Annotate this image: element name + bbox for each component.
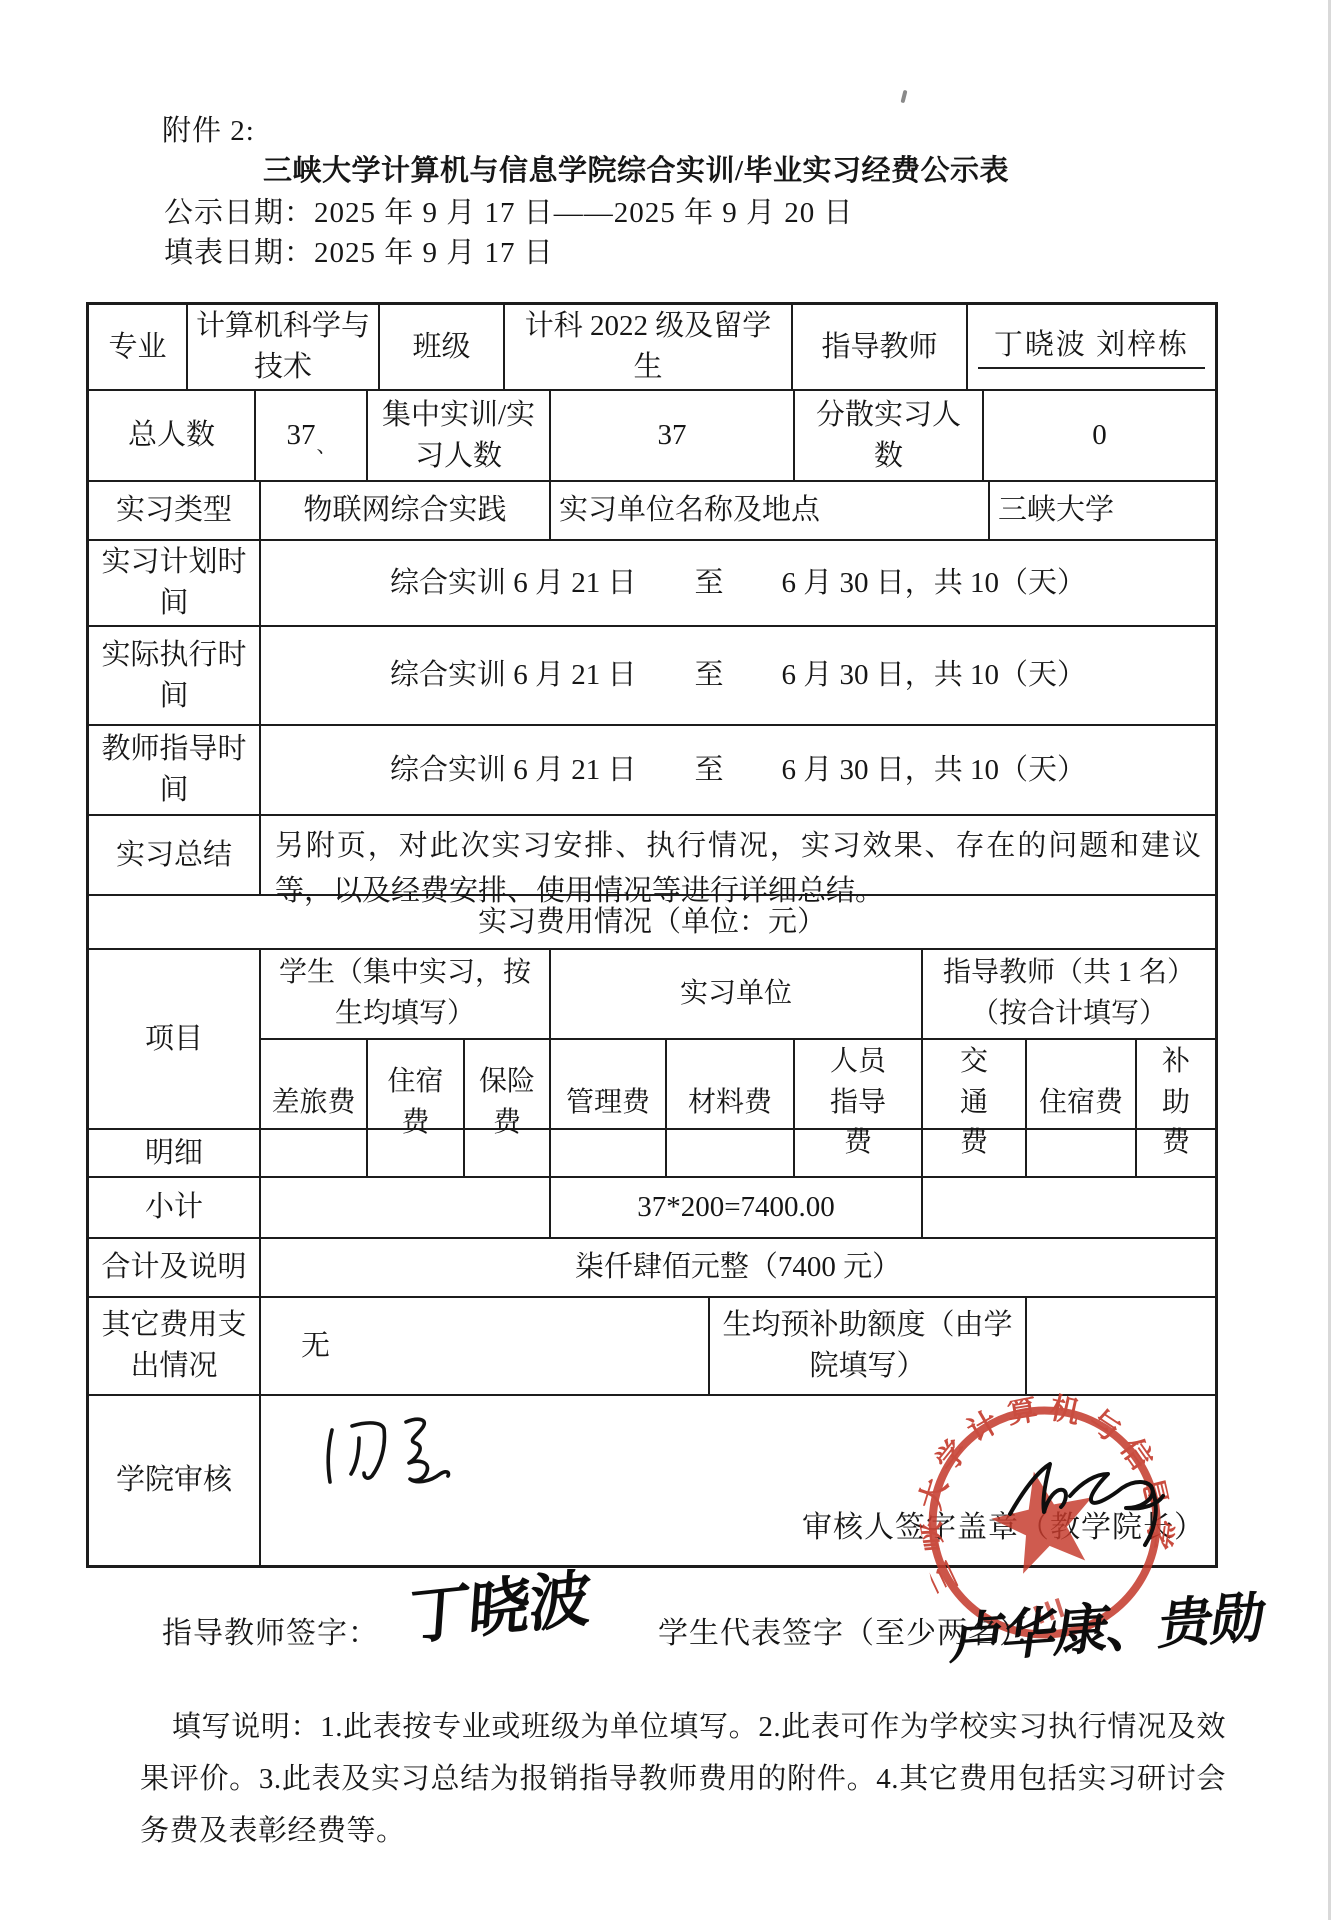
fee-item-label: 项目 (89, 950, 261, 1128)
total-count-value: 37、 (256, 391, 368, 480)
row-actual-time: 实际执行时间 综合实训 6 月 21 日 至 6 月 30 日，共 10（天） (89, 627, 1215, 726)
class-value: 计科 2022 级及留学生 (505, 305, 793, 389)
row-fee-headers: 项目 学生（集中实习，按生均填写） 实习单位 指导教师（共 1 名）（按合计填写… (89, 950, 1215, 1130)
dispersed-count-value: 0 (984, 391, 1215, 480)
advisor-signature-label: 指导教师签字： (162, 1608, 379, 1652)
form-table: 专业 计算机科学与技术 班级 计科 2022 级及留学生 指导教师 丁晓波 刘梓… (86, 302, 1218, 1568)
approval-signature-scribble (318, 1412, 473, 1507)
advisor-names: 丁晓波 刘梓栋 (978, 325, 1205, 370)
planned-time-value: 综合实训 6 月 21 日 至 6 月 30 日，共 10（天） (261, 541, 1215, 625)
detail-cell-6 (795, 1130, 923, 1176)
planned-time-label: 实习计划时间 (89, 541, 261, 625)
detail-cell-2 (368, 1130, 465, 1176)
document-title: 三峡大学计算机与信息学院综合实训/毕业实习经费公示表 (263, 148, 1009, 189)
row-major: 专业 计算机科学与技术 班级 计科 2022 级及留学生 指导教师 丁晓波 刘梓… (89, 305, 1215, 391)
actual-time-value: 综合实训 6 月 21 日 至 6 月 30 日，共 10（天） (261, 627, 1215, 724)
org-value: 三峡大学 (990, 482, 1215, 539)
guidance-time-label: 教师指导时间 (89, 726, 261, 814)
pen-tick: 、 (317, 432, 337, 460)
type-value: 物联网综合实践 (261, 482, 551, 539)
detail-cell-9 (1137, 1130, 1215, 1176)
attachment-label: 附件 2: (162, 108, 255, 149)
college-review-label: 学院审核 (89, 1396, 261, 1565)
subtotal-org: 37*200=7400.00 (551, 1178, 923, 1237)
fee-header-stack: 学生（集中实习，按生均填写） 实习单位 指导教师（共 1 名）（按合计填写） 差… (261, 950, 1215, 1128)
detail-cell-1 (261, 1130, 368, 1176)
filling-instructions: 填写说明：1.此表按专业或班级为单位填写。2.此表可作为学校实习执行情况及效果评… (140, 1701, 1226, 1858)
advisor-signature-handwriting: 丁晓波 (405, 1548, 593, 1657)
total-value: 柒仟肆佰元整（7400 元） (261, 1239, 1215, 1296)
fee-section-title: 实习费用情况（单位：元） (89, 896, 1215, 948)
subtotal-label: 小计 (89, 1178, 261, 1237)
summary-label: 实习总结 (89, 816, 261, 894)
centralized-count-label: 集中实训/实习人数 (368, 391, 551, 480)
publish-date-line: 公示日期：2025 年 9 月 17 日——2025 年 9 月 20 日 (164, 190, 854, 231)
other-expenses-value: 无 (261, 1298, 710, 1394)
row-detail: 明细 (89, 1130, 1215, 1178)
row-planned-time: 实习计划时间 综合实训 6 月 21 日 至 6 月 30 日，共 10（天） (89, 541, 1215, 627)
row-headcount: 总人数 37、 集中实训/实习人数 37 分散实习人数 0 (89, 391, 1215, 482)
scan-speck (900, 90, 907, 104)
other-expenses-label: 其它费用支出情况 (89, 1298, 261, 1394)
fee-group-students: 学生（集中实习，按生均填写） (261, 950, 551, 1038)
detail-cell-7 (923, 1130, 1027, 1176)
fee-group-teacher: 指导教师（共 1 名）（按合计填写） (923, 950, 1215, 1038)
detail-label: 明细 (89, 1130, 261, 1176)
row-guidance-time: 教师指导时间 综合实训 6 月 21 日 至 6 月 30 日，共 10（天） (89, 726, 1215, 816)
dean-signature-scribble (1000, 1452, 1185, 1557)
detail-cell-3 (465, 1130, 551, 1176)
row-summary: 实习总结 另附页，对此次实习安排、执行情况，实习效果、存在的问题和建议等，以及经… (89, 816, 1215, 896)
class-label: 班级 (380, 305, 505, 389)
total-count-number: 37 (287, 415, 316, 456)
fee-group-row: 学生（集中实习，按生均填写） 实习单位 指导教师（共 1 名）（按合计填写） (261, 950, 1215, 1040)
advisor-label: 指导教师 (793, 305, 968, 389)
detail-cell-8 (1027, 1130, 1137, 1176)
major-value: 计算机科学与技术 (188, 305, 380, 389)
row-internship-type: 实习类型 物联网综合实践 实习单位名称及地点 三峡大学 (89, 482, 1215, 541)
dispersed-count-label: 分散实习人数 (795, 391, 984, 480)
advisor-value: 丁晓波 刘梓栋 (968, 305, 1215, 389)
centralized-count-value: 37 (551, 391, 795, 480)
fill-date-line: 填表日期：2025 年 9 月 17 日 (164, 230, 554, 271)
subsidy-quota-label: 生均预补助额度（由学院填写） (710, 1298, 1027, 1394)
row-other-expenses: 其它费用支出情况 无 生均预补助额度（由学院填写） (89, 1298, 1215, 1396)
total-label: 合计及说明 (89, 1239, 261, 1296)
org-label: 实习单位名称及地点 (551, 482, 990, 539)
total-count-label: 总人数 (89, 391, 256, 480)
row-total: 合计及说明 柒仟肆佰元整（7400 元） (89, 1239, 1215, 1298)
fee-group-org: 实习单位 (551, 950, 923, 1038)
detail-cell-5 (667, 1130, 795, 1176)
major-label: 专业 (89, 305, 188, 389)
row-subtotal: 小计 37*200=7400.00 (89, 1178, 1215, 1239)
scan-edge-shadow (1328, 0, 1331, 1920)
subtotal-teacher (923, 1178, 1215, 1237)
subtotal-students (261, 1178, 551, 1237)
summary-value: 另附页，对此次实习安排、执行情况，实习效果、存在的问题和建议等，以及经费安排、使… (261, 816, 1215, 894)
type-label: 实习类型 (89, 482, 261, 539)
row-fee-title: 实习费用情况（单位：元） (89, 896, 1215, 950)
guidance-time-value: 综合实训 6 月 21 日 至 6 月 30 日，共 10（天） (261, 726, 1215, 814)
actual-time-label: 实际执行时间 (89, 627, 261, 724)
detail-cell-4 (551, 1130, 667, 1176)
